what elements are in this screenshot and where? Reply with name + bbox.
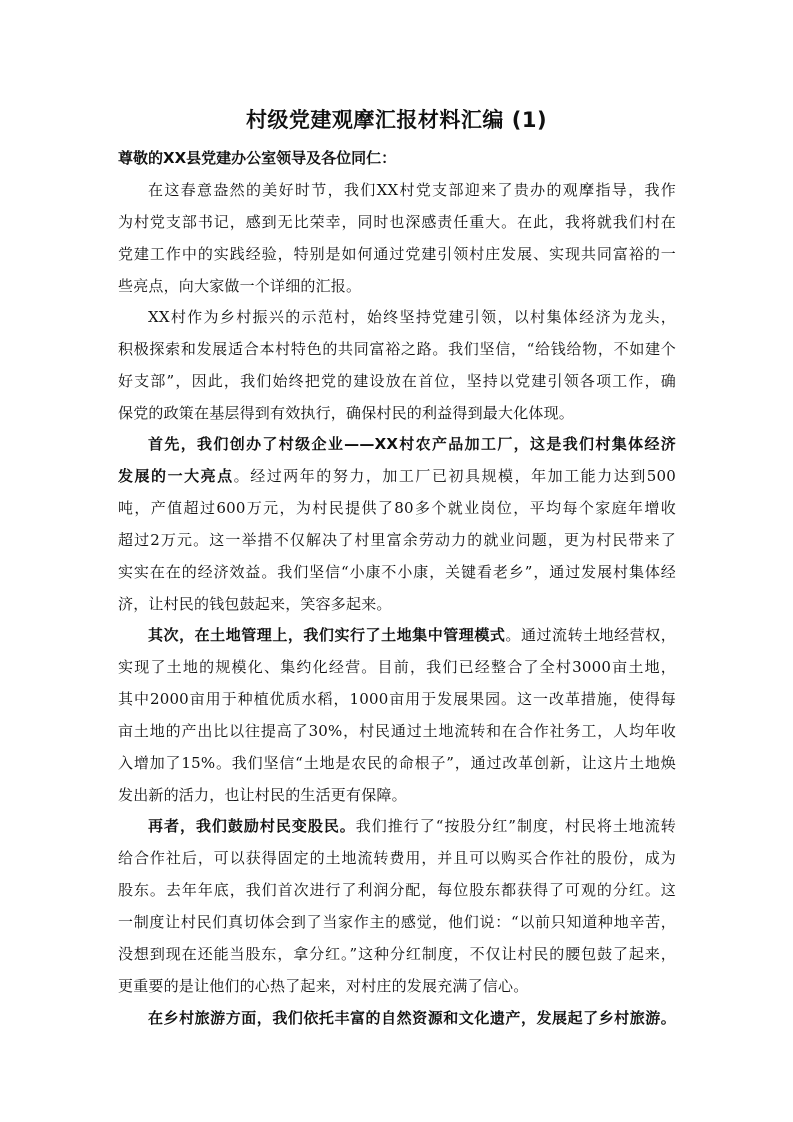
text-line: 其次，在土地管理上，我们实行了土地集中管理模式。通过流转土地经营权， (148, 625, 676, 645)
text-line: 实实在在的经济效益。我们坚信“小康不小康，关键看老乡”，通过发展村集体经 (118, 562, 676, 582)
text-line: 再者，我们鼓励村民变股民。我们推行了“按股分红”制度，村民将土地流转 (148, 816, 676, 836)
text-line: 超过2万元。这一举措不仅解决了村里富余劳动力的就业问题，更为村民带来了 (118, 530, 676, 550)
text-line: 实现了土地的规模化、集约化经营。目前，我们已经整合了全村3000亩土地， (118, 657, 676, 677)
bold-lead: 首先，我们创办了村级企业——XX村农产品加工厂，这是我们村集体经济 (148, 435, 676, 453)
text-line: 吨，产值超过600万元，为村民提供了80多个就业岗位，平均每个家庭年增收 (118, 498, 676, 518)
text-line: 更重要的是让他们的心热了起来，对村庄的发展充满了信心。 (118, 976, 676, 996)
document-title: 村级党建观摩汇报材料汇编 (1) (0, 104, 793, 134)
bold-lead: 在乡村旅游方面，我们依托丰富的自然资源和文化遗产，发展起了乡村旅游。 (148, 1009, 676, 1027)
text-line: XX村作为乡村振兴的示范村，始终坚持党建引领，以村集体经济为龙头， (148, 307, 676, 327)
text-line: 在乡村旅游方面，我们依托丰富的自然资源和文化遗产，发展起了乡村旅游。 (148, 1008, 676, 1028)
text-line: 一制度让村民们真切体会到了当家作主的感觉，他们说：“以前只知道种地辛苦， (118, 912, 676, 932)
text-line: 保党的政策在基层得到有效执行，确保村民的利益得到最大化体现。 (118, 403, 676, 423)
text-line: 给合作社后，可以获得固定的土地流转费用，并且可以购买合作社的股份，成为 (118, 848, 676, 868)
text-line: 党建工作中的实践经验，特别是如何通过党建引领村庄发展、实现共同富裕的一 (118, 244, 676, 264)
text-line: 没想到现在还能当股东，拿分红。”这种分红制度，不仅让村民的腰包鼓了起来， (118, 944, 676, 964)
text-line: 些亮点，向大家做一个详细的汇报。 (118, 276, 676, 296)
bold-lead: 其次，在土地管理上，我们实行了土地集中管理模式 (148, 626, 505, 644)
text-line: 首先，我们创办了村级企业——XX村农产品加工厂，这是我们村集体经济 (148, 434, 676, 454)
document-page: 村级党建观摩汇报材料汇编 (1) 尊敬的XX县党建办公室领导及各位同仁： 在这春… (0, 0, 793, 1122)
text-line: 济，让村民的钱包鼓起来，笑容多起来。 (118, 594, 676, 614)
text-line: 入增加了15%。我们坚信“土地是农民的命根子”，通过改革创新，让这片土地焕 (118, 753, 676, 773)
text-line: 其中2000亩用于种植优质水稻，1000亩用于发展果园。这一改革措施，使得每 (118, 689, 676, 709)
bold-lead: 再者，我们鼓励村民变股民。 (148, 817, 356, 835)
text-line: 在这春意盎然的美好时节，我们XX村党支部迎来了贵办的观摩指导，我作 (148, 180, 676, 200)
text-line: 亩土地的产出比以往提高了30%，村民通过土地流转和在合作社务工，人均年收 (118, 721, 676, 741)
salutation: 尊敬的XX县党建办公室领导及各位同仁： (118, 147, 396, 168)
text-line: 发出新的活力，也让村民的生活更有保障。 (118, 785, 676, 805)
text-line: 好支部”，因此，我们始终把党的建设放在首位，坚持以党建引领各项工作，确 (118, 371, 676, 391)
line-text: 。经过两年的努力，加工厂已初具规模，年加工能力达到500 (234, 467, 676, 485)
text-line: 积极探索和发展适合本村特色的共同富裕之路。我们坚信，“给钱给物，不如建个 (118, 339, 676, 359)
text-line: 发展的一大亮点。经过两年的努力，加工厂已初具规模，年加工能力达到500 (118, 466, 676, 486)
line-text: 。通过流转土地经营权， (505, 626, 676, 644)
text-line: 股东。去年年底，我们首次进行了利润分配，每位股东都获得了可观的分红。这 (118, 880, 676, 900)
text-line: 为村党支部书记，感到无比荣幸，同时也深感责任重大。在此，我将就我们村在 (118, 212, 676, 232)
bold-lead: 发展的一大亮点 (118, 467, 234, 485)
line-text: 我们推行了“按股分红”制度，村民将土地流转 (356, 817, 676, 835)
